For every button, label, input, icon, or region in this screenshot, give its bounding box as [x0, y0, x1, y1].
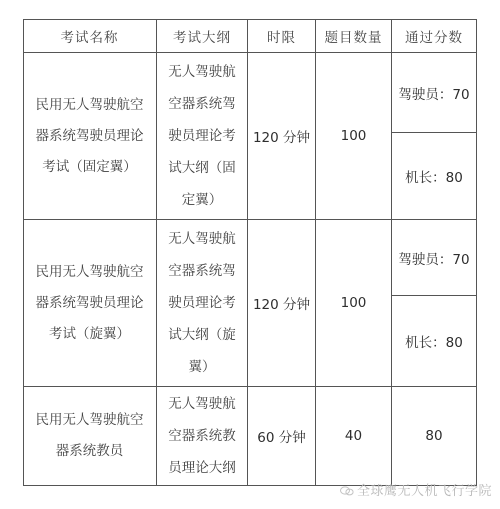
pass-score-pilot-cell: 驾驶员：70 [392, 53, 477, 133]
question-count-cell: 100 [316, 53, 392, 220]
exam-name-cell: 民用无人驾驶航空 器系统驾驶员理论 考试（旋翼） [23, 220, 157, 387]
outline-line: 试大纲（固 [168, 152, 236, 184]
header-exam-outline: 考试大纲 [157, 19, 248, 53]
pass-score-captain-cell: 机长：80 [392, 133, 477, 220]
exam-name-line: 器系统教员 [36, 436, 144, 467]
header-time-limit: 时限 [248, 19, 316, 53]
outline-line: 定翼） [168, 184, 236, 216]
exam-requirements-table: 考试名称 考试大纲 时限 题目数量 通过分数 民用无人驾驶航空 器系统驾驶员理论… [23, 19, 477, 486]
time-limit-cell: 60 分钟 [248, 387, 316, 486]
outline-line: 驶员理论考 [168, 287, 236, 319]
exam-name-line: 考试（旋翼） [36, 319, 144, 350]
question-count-cell: 40 [316, 387, 392, 486]
exam-name-cell: 民用无人驾驶航空 器系统驾驶员理论 考试（固定翼） [23, 53, 157, 220]
outline-line: 员理论大纲 [168, 452, 236, 484]
exam-name-cell: 民用无人驾驶航空 器系统教员 [23, 387, 157, 486]
exam-name-line: 器系统驾驶员理论 [36, 288, 144, 319]
pass-score-cell: 80 [392, 387, 477, 486]
outline-line: 空器系统驾 [168, 255, 236, 287]
watermark: 全球鹰无人机飞行学院 [340, 480, 492, 499]
outline-line: 翼） [168, 351, 236, 383]
pass-score-pilot-cell: 驾驶员：70 [392, 220, 477, 296]
exam-name-line: 器系统驾驶员理论 [36, 121, 144, 152]
exam-outline-cell: 无人驾驶航 空器系统驾 驶员理论考 试大纲（旋 翼） [157, 220, 248, 387]
outline-line: 试大纲（旋 [168, 319, 236, 351]
outline-line: 空器系统驾 [168, 88, 236, 120]
header-exam-name: 考试名称 [23, 19, 157, 53]
exam-name-line: 考试（固定翼） [36, 152, 144, 183]
wechat-icon [340, 485, 354, 495]
exam-outline-cell: 无人驾驶航 空器系统教 员理论大纲 [157, 387, 248, 486]
exam-outline-cell: 无人驾驶航 空器系统驾 驶员理论考 试大纲（固 定翼） [157, 53, 248, 220]
watermark-text: 全球鹰无人机飞行学院 [357, 480, 492, 499]
time-limit-cell: 120 分钟 [248, 53, 316, 220]
pass-score-captain-cell: 机长：80 [392, 296, 477, 387]
outline-line: 无人驾驶航 [168, 223, 236, 255]
outline-line: 无人驾驶航 [168, 56, 236, 88]
outline-line: 无人驾驶航 [168, 388, 236, 420]
exam-name-line: 民用无人驾驶航空 [36, 90, 144, 121]
time-limit-cell: 120 分钟 [248, 220, 316, 387]
header-pass-score: 通过分数 [392, 19, 477, 53]
question-count-cell: 100 [316, 220, 392, 387]
outline-line: 空器系统教 [168, 420, 236, 452]
exam-name-line: 民用无人驾驶航空 [36, 405, 144, 436]
exam-name-line: 民用无人驾驶航空 [36, 257, 144, 288]
header-question-count: 题目数量 [316, 19, 392, 53]
outline-line: 驶员理论考 [168, 120, 236, 152]
